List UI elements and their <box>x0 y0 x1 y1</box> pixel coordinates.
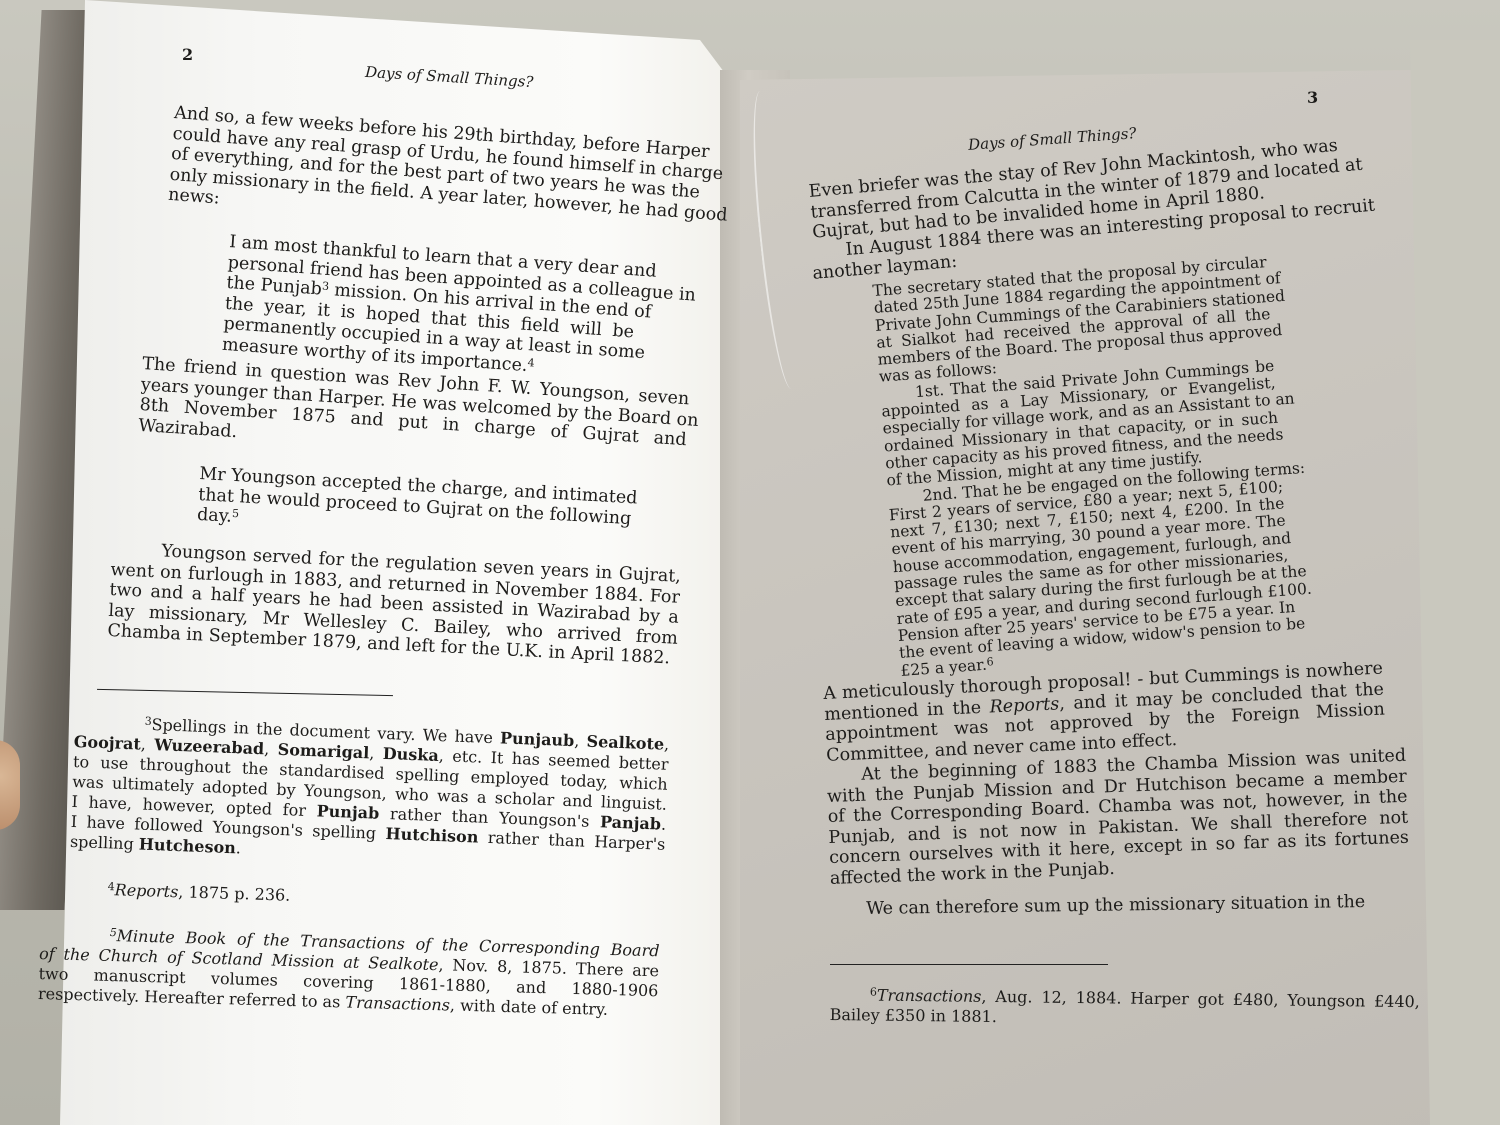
page-number-left: 2 <box>182 45 193 64</box>
footnote-4-title: Reports <box>114 880 178 901</box>
right-quote: The secretary stated that the proposal b… <box>872 254 1295 680</box>
thumb <box>0 740 20 830</box>
footnote-3: 3Spellings in the document vary. We have… <box>70 712 670 875</box>
footnote-4-text: , 1875 p. 236. <box>178 882 291 905</box>
footnote-6: 6Transactions, Aug. 12, 1884. Harper got… <box>830 985 1420 1032</box>
footnote-4-marker: 4 <box>108 880 115 893</box>
right-paragraph-4: At the beginning of 1883 the Chamba Miss… <box>826 746 1410 889</box>
footnote-rule-right <box>830 964 1108 965</box>
page-number-right: 3 <box>1307 88 1318 107</box>
